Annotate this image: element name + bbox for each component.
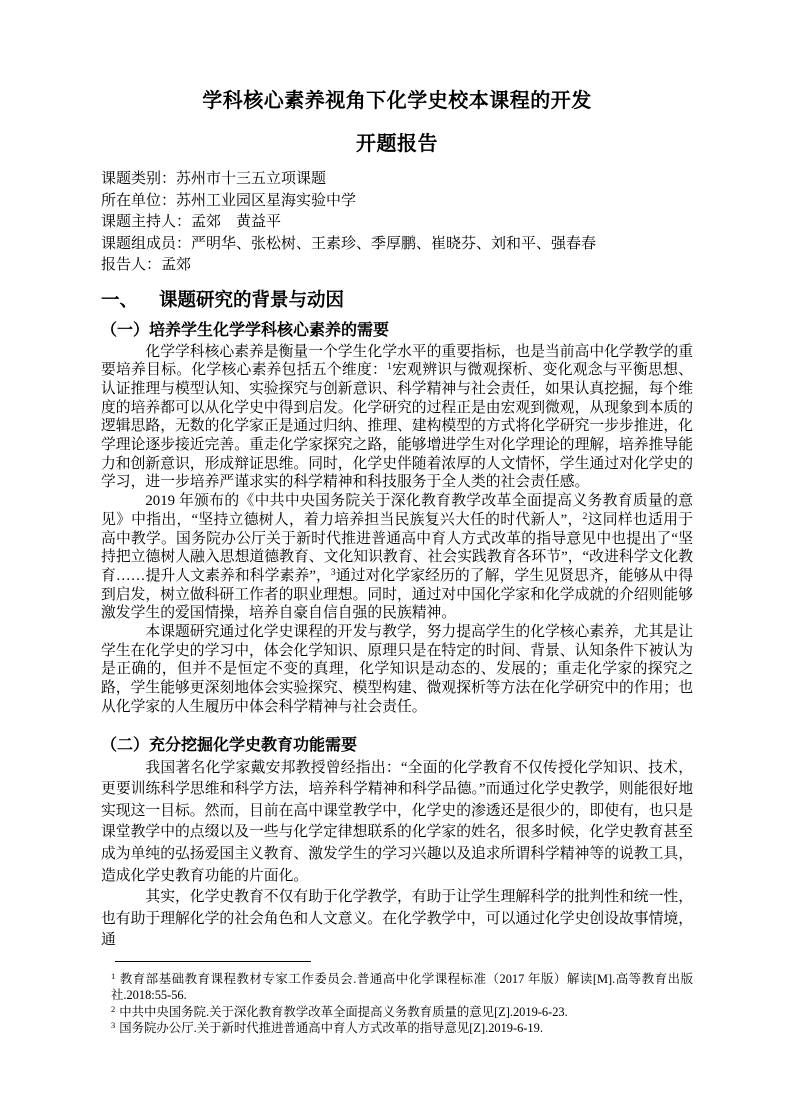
footnote: 3国务院办公厅.关于新时代推进普通高中育人方式改革的指导意见[Z].2019-6… xyxy=(101,1020,693,1036)
meta-value: 苏州工业园区星海实验中学 xyxy=(176,193,356,209)
footnote-number: 1 xyxy=(111,971,115,981)
meta-label: 报告人： xyxy=(101,257,161,273)
body-paragraph: 其实，化学史教育不仅有助于化学教学，有助于让学生理解科学的批判性和统一性，也有助… xyxy=(101,887,693,952)
footnote-text: 中共中央国务院.关于深化教育教学改革全面提高义务教育质量的意见[Z].2019-… xyxy=(119,1005,567,1019)
section-number: 一、 xyxy=(101,289,138,314)
footnotes-block: 1教育部基础教育课程教材专家工作委员会.普通高中化学课程标准（2017 年版）解… xyxy=(101,961,693,1037)
meta-row-category: 课题类别：苏州市十三五立项课题 xyxy=(101,169,693,191)
subsection-heading-2: （二）充分挖掘化学史教育功能需要 xyxy=(101,734,693,758)
meta-label: 所在单位： xyxy=(101,193,176,209)
meta-value: 孟郊 黄益平 xyxy=(191,214,281,230)
document-title: 学科核心素养视角下化学史校本课程的开发 xyxy=(101,88,693,115)
section-title: 课题研究的背景与动因 xyxy=(159,291,344,311)
footnote-ref-1: 1 xyxy=(387,362,392,372)
footnote-number: 2 xyxy=(111,1004,115,1014)
footnote-text: 教育部基础教育课程教材专家工作委员会.普通高中化学课程标准（2017 年版）解读… xyxy=(111,972,693,1002)
body-paragraph: 2019 年颁布的《中共中央国务院关于深化教育教学改革全面提高义务教育质量的意见… xyxy=(101,492,693,623)
body-paragraph: 我国著名化学家戴安邦教授曾经指出：“全面的化学教育不仅传授化学知识、技术，更要训… xyxy=(101,758,693,888)
meta-block: 课题类别：苏州市十三五立项课题 所在单位：苏州工业园区星海实验中学 课题主持人：… xyxy=(101,169,693,277)
document-page: 学科核心素养视角下化学史校本课程的开发 开题报告 课题类别：苏州市十三五立项课题… xyxy=(0,0,794,1108)
body-paragraph: 化学学科核心素养是衡量一个学生化学水平的重要指标，也是当前高中化学教学的重要培养… xyxy=(101,343,693,493)
footnote: 2中共中央国务院.关于深化教育教学改革全面提高义务教育质量的意见[Z].2019… xyxy=(101,1004,693,1020)
body-paragraph: 本课题研究通过化学史课程的开发与教学，努力提高学生的化学核心素养，尤其是让学生在… xyxy=(101,623,693,717)
meta-label: 课题组成员： xyxy=(101,236,191,252)
footnote-separator xyxy=(115,961,311,962)
paragraph-text: 宏观辨识与微观探析、变化观念与平衡思想、认证推理与模型认知、实验探究与创新意识、… xyxy=(101,362,693,490)
footnote-number: 3 xyxy=(111,1020,115,1030)
footnote-text: 国务院办公厅.关于新时代推进普通高中育人方式改革的指导意见[Z].2019-6-… xyxy=(119,1021,543,1035)
meta-row-members: 课题组成员：严明华、张松树、王素珍、季厚鹏、崔晓芬、刘和平、强春春 xyxy=(101,234,693,256)
footnote-ref-3: 3 xyxy=(331,568,336,578)
meta-row-reporter: 报告人：孟郊 xyxy=(101,255,693,277)
meta-row-organization: 所在单位：苏州工业园区星海实验中学 xyxy=(101,191,693,213)
meta-value: 严明华、张松树、王素珍、季厚鹏、崔晓芬、刘和平、强春春 xyxy=(191,236,596,252)
meta-value: 孟郊 xyxy=(161,257,191,273)
meta-label: 课题主持人： xyxy=(101,214,191,230)
footnote: 1教育部基础教育课程教材专家工作委员会.普通高中化学课程标准（2017 年版）解… xyxy=(101,971,693,1004)
footnote-ref-2: 2 xyxy=(583,512,588,522)
meta-value: 苏州市十三五立项课题 xyxy=(176,171,326,187)
meta-label: 课题类别： xyxy=(101,171,176,187)
subsection-heading-1: （一）培养学生化学学科核心素养的需要 xyxy=(101,319,693,343)
document-subtitle: 开题报告 xyxy=(101,131,693,158)
section-heading: 一、课题研究的背景与动因 xyxy=(101,289,693,314)
meta-row-leader: 课题主持人：孟郊 黄益平 xyxy=(101,212,693,234)
